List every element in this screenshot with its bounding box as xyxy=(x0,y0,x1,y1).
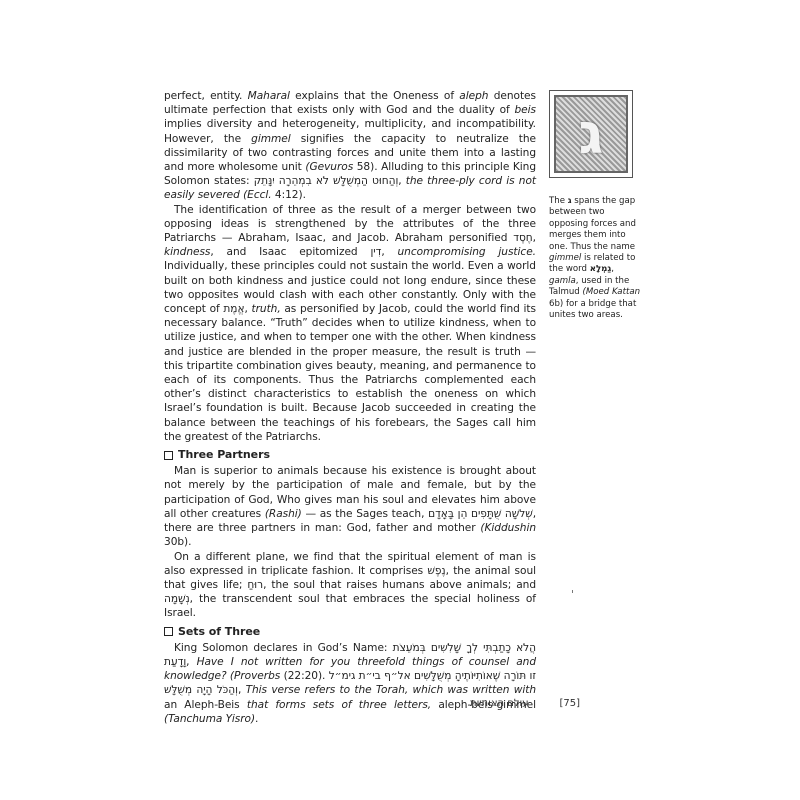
citation-moed-kattan: (Moed Kattan xyxy=(582,287,640,297)
text: , xyxy=(186,656,196,668)
paragraph-sets-of-three: King Solomon declares in God’s Name: הֲל… xyxy=(164,641,536,726)
text: explains that the Oneness of xyxy=(290,90,459,102)
hebrew-ruach: רוּחַ xyxy=(247,579,263,591)
text: 6b) for a bridge that unites two areas. xyxy=(549,299,636,320)
hebrew-nefesh: נֶפֶשׁ xyxy=(427,565,445,577)
hebrew-chesed: חֶסֶד xyxy=(513,232,532,244)
hebrew-three-partners: שְׁלשָׁה שֻׁתָּפִים הֵן בָּאָדָם xyxy=(428,508,533,520)
text: King Solomon declares in God’s Name: xyxy=(174,642,393,654)
running-head: עולם האותיות xyxy=(470,698,529,709)
heading-text: Three Partners xyxy=(178,448,270,462)
translation-tanchuma: This verse refers to the Torah, which wa… xyxy=(246,684,536,696)
text: , xyxy=(398,175,405,187)
text: . xyxy=(255,713,258,725)
term-kindness: kindness xyxy=(164,246,210,258)
term-maharal: Maharal xyxy=(248,90,290,102)
text: , the soul that raises humans above anim… xyxy=(263,579,536,591)
citation-tanchuma: (Tanchuma Yisro) xyxy=(164,713,255,725)
section-heading-sets-of-three: Sets of Three xyxy=(164,625,536,639)
term-gimmel: gimmel xyxy=(549,253,581,263)
page-footer: עולם האותיות [75] xyxy=(470,698,580,709)
term-gamla: gamla xyxy=(549,276,576,286)
citation-kiddushin: (Kiddushin xyxy=(480,522,536,534)
text: , the transcendent soul that embraces th… xyxy=(164,593,536,619)
square-bullet-icon xyxy=(164,627,173,636)
text: 4:12). xyxy=(272,189,306,201)
text: The xyxy=(549,196,568,206)
illuminated-letter-image: ג xyxy=(549,90,633,178)
paragraph-patriarchs: The identification of three as the resul… xyxy=(164,203,536,444)
ornate-frame: ג xyxy=(554,95,628,173)
text: , xyxy=(533,232,536,244)
text: (22:20). xyxy=(280,670,329,682)
text: , xyxy=(611,264,614,274)
citation-rashi: (Rashi) xyxy=(265,508,302,520)
square-bullet-icon xyxy=(164,451,173,460)
term-beis: beis xyxy=(514,104,536,116)
text: , xyxy=(244,303,251,315)
hebrew-din: דִין xyxy=(370,246,381,258)
print-speck xyxy=(572,590,573,593)
text: perfect, entity. xyxy=(164,90,248,102)
paragraph-three-partners: Man is superior to animals because his e… xyxy=(164,464,536,549)
main-text-column: perfect, entity. Maharal explains that t… xyxy=(164,89,536,726)
hebrew-neshamah: נְשָׁמָה xyxy=(164,593,190,605)
term-justice: uncompromising justice. xyxy=(397,246,536,258)
text: 30b). xyxy=(164,536,191,548)
text: — as the Sages teach, xyxy=(302,508,428,520)
hebrew-gamla: גַמְלָא xyxy=(590,264,612,274)
heading-text: Sets of Three xyxy=(178,625,260,639)
term-truth: truth, xyxy=(252,303,281,315)
paragraph-oneness: perfect, entity. Maharal explains that t… xyxy=(164,89,536,203)
text: as personified by Jacob, could the world… xyxy=(164,303,536,443)
hebrew-quote-threeply-cord: וְהַחוּט הַמְשֻׁלָּשׁ לֹא בִמְהֵרָה יִנָ… xyxy=(254,175,399,187)
hebrew-emes: אֱמֶת xyxy=(223,303,244,315)
term-gimmel: gimmel xyxy=(251,133,290,145)
section-heading-three-partners: Three Partners xyxy=(164,448,536,462)
text: , xyxy=(238,684,246,696)
term-aleph: aleph xyxy=(459,90,488,102)
text: an Aleph-Beis xyxy=(164,699,247,711)
text: The identification of three as the resul… xyxy=(164,204,536,244)
paragraph-souls: On a different plane, we find that the s… xyxy=(164,550,536,621)
text: , and Isaac epitomized xyxy=(210,246,370,258)
citation-gevuros: (Gevuros xyxy=(305,161,353,173)
text: , xyxy=(381,246,397,258)
translation-tanchuma-cont: that forms sets of three letters, xyxy=(247,699,431,711)
margin-note: The ג spans the gap between two opposing… xyxy=(549,196,641,321)
page-number: [75] xyxy=(559,698,580,709)
gimmel-letter-icon: ג xyxy=(578,102,603,167)
